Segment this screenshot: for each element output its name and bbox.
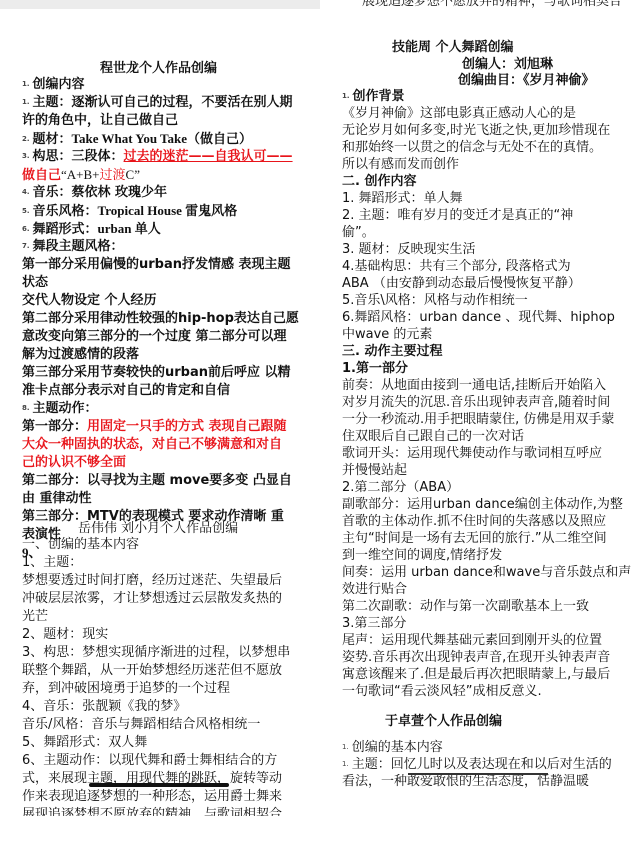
doc1-item-segment-style: 7.舞段主题风格： [22, 238, 124, 255]
doc2-line: 作来表现追逐梦想的一种形态，运用爵士舞来 [22, 788, 282, 805]
doc1-part-line: 第一部分采用偏慢的urban抒发情感 表现主题 [22, 256, 291, 273]
doc1-part-line: 准卡点部分表示对自己的肯定和自信 [22, 382, 230, 399]
doc3-process-line: 首歌的主体动作.抓不住时间的失落感以及照应 [342, 513, 606, 530]
top-gray-strip [0, 0, 320, 9]
doc2-line: 6、主题动作：以现代舞和爵士舞相结合的方 [22, 752, 277, 769]
doc3-process-line: 间奏：运用 urban dance和wave与音乐鼓点和声 [342, 564, 631, 581]
doc2-line: 3、构思：梦想实现循序渐进的过程，以梦想串 [22, 644, 290, 661]
right-page: 展现追逐梦想不愿放弃的精神，与歌词相契合 技能周 个人舞蹈创编 创编人：刘旭琳 … [320, 0, 640, 853]
doc3-process-line: 到一维空间的调度,情绪抒发 [342, 547, 502, 564]
doc3-piece: 创编曲目：《岁月神偷》 [458, 69, 595, 88]
doc3-process-line: 住双眼后自己跟自己的一次对话 [342, 428, 524, 445]
doc3-content-line: ABA （由安静到动态最后慢慢恢复平静） [342, 275, 581, 292]
doc2-line: 一、创编的基本内容 [22, 536, 139, 553]
doc3-process-line: 一句歌词“看云淡风轻”成相反意义. [342, 683, 542, 700]
doc1-part-line: 第三部分采用节奏较快的urban前后呼应 以精 [22, 364, 291, 381]
doc3-sec3: 三. 动作主要过程 [342, 343, 442, 360]
doc1-section-1: 1.创编内容 [22, 76, 85, 93]
doc3-content-line: 2. 主题：唯有岁月的变迁才是真正的“神 [342, 207, 573, 224]
doc3-content-line: 3. 题材：反映现实生活 [342, 241, 476, 258]
doc1-part-line: 交代人物设定 个人经历 [22, 292, 157, 309]
doc3-bg-line: 所以有感而发而创作 [342, 156, 459, 173]
doc3-process-line: 一分一秒流动.用手把眼睛蒙住, 仿佛是用双手蒙 [342, 411, 614, 428]
doc2-line-cutoff: 展现追逐梦想不愿放弃的精神，与歌词相契合 [22, 806, 282, 816]
top-cutoff-line: 展现追逐梦想不愿放弃的精神，与歌词相契合 [362, 0, 622, 10]
doc4-sec1: 1.创编的基本内容 [342, 739, 443, 756]
doc3-content-line: 5.音乐\风格：风格与动作相统一 [342, 292, 528, 309]
doc1-item-music: 4.音乐：蔡依林 玫瑰少年 [22, 184, 167, 201]
doc1-item-motion: 8.主题动作： [22, 400, 98, 417]
doc4-title: 于卓萱个人作品创编 [385, 710, 502, 729]
doc2-line: 光芒 [22, 608, 48, 625]
doc2-line: 1、主题： [22, 554, 82, 571]
doc1-motion-part1: 第一部分：用固定一只手的方式 表现自己跟随 [22, 418, 287, 435]
doc3-bg-line: 无论岁月如何多变,时光飞逝之快,更加珍惜现在 [342, 122, 610, 139]
doc3-process-line: 寓意该醒来了.但是最后再次把眼睛蒙上,与最后 [342, 666, 610, 683]
doc1-part-line: 意改变向第三部分的一个过度 第二部分可以理 [22, 328, 287, 345]
doc1-item-subject: 2.题材：Take What You Take（做自己） [22, 130, 252, 148]
doc1-part-line: 解为过渡感情的段落 [22, 346, 139, 363]
doc3-process-line: 效进行贴合 [342, 581, 407, 598]
doc4-item1: 1.主题：回忆儿时以及表达现在和以后对生活的 [342, 756, 612, 773]
doc1-item-theme-cont: 许的角色中，让自己做自己 [22, 112, 178, 129]
doc2-line: 弃，到冲破困境勇于追梦的一个过程 [22, 680, 230, 697]
doc4-item1-cont: 看法，一种敢爱敢恨的生活态度，恬静温暖 [342, 773, 589, 790]
doc3-bg-line: 《岁月神偷》这部电影真正感动人心的是 [342, 105, 576, 122]
doc2-line: 梦想要透过时间打磨，经历过迷茫、失望最后 [22, 572, 282, 589]
doc3-process-line: 第二次副歌：动作与第一次副歌基本上一致 [342, 598, 589, 615]
scribble-mark [408, 773, 548, 775]
doc3-content-line: 1. 舞蹈形式：单人舞 [342, 190, 463, 207]
doc3-process-line: 副歌部分：运用urban dance编创主体动作,为整 [342, 496, 623, 513]
doc1-item-dance-form: 6.舞蹈形式：urban 单人 [22, 220, 161, 238]
doc3-content-line: 中wave 的元素 [342, 326, 432, 343]
doc1-item-theme: 1.主题：逐渐认可自己的过程，不要活在别人期 [22, 94, 293, 111]
doc3-bg-line: 和那始终一以贯之的信念与无处不在的真情。 [342, 139, 602, 156]
doc3-process-line: 尾声：运用现代舞基础元素回到刚开头的位置 [342, 632, 602, 649]
doc3-process-line: 并慢慢站起 [342, 462, 407, 479]
doc3-part1: 1.第一部分 [342, 360, 408, 377]
doc2-line: 音乐/风格：音乐与舞蹈相结合风格相统一 [22, 716, 260, 733]
doc1-part-line: 第二部分采用律动性较强的hip-hop表达自己愿 [22, 310, 299, 327]
doc1-motion-part1-cont: 大众一种固执的状态，对自己不够满意和对自 [22, 436, 282, 453]
doc3-process-line: 3.第三部分 [342, 615, 406, 632]
left-page: 程世龙个人作品创编 1.创编内容 1.主题：逐渐认可自己的过程，不要活在别人期 … [0, 0, 320, 853]
doc3-process-line: 主句“时间是一场有去无回的旅行.”从二维空间 [342, 530, 607, 547]
doc3-content-line: 偷”。 [342, 224, 375, 241]
doc2-title: 岳伟伟 刘小月个人作品创编 [78, 517, 238, 536]
scribble-mark [89, 783, 229, 787]
doc3-content-line: 6.舞蹈风格：urban dance 、现代舞、hiphop [342, 309, 615, 326]
doc1-motion-part1-cont: 己的认识不够全面 [22, 454, 126, 471]
doc3-process-line: 姿势.音乐再次出现钟表声音,在现开头钟表声音 [342, 649, 610, 666]
doc1-item-music-style: 5.音乐风格：Tropical House 雷鬼风格 [22, 202, 237, 220]
doc1-motion-part2: 第二部分：以寻找为主题 move要多变 凸显自 [22, 472, 292, 489]
doc2-line: 联整个舞蹈，从一开始梦想经历迷茫但不愿放 [22, 662, 282, 679]
doc3-process-line: 2.第二部分（ABA） [342, 479, 459, 496]
doc1-item-concept-cont: 做自己“A+B+过渡C” [22, 166, 140, 184]
doc3-process-line: 前奏：从地面由接到一通电话,挂断后开始陷入 [342, 377, 606, 394]
doc3-sec2: 二. 创作内容 [342, 173, 416, 190]
doc2-line: 5、舞蹈形式：双人舞 [22, 734, 147, 751]
doc1-part-line: 状态 [22, 274, 48, 291]
doc3-process-line: 对岁月流失的沉思.音乐出现钟表声音,随着时间 [342, 394, 610, 411]
doc2-line: 4、音乐：张靓颖《我的梦》 [22, 698, 186, 715]
doc3-content-line: 4.基础构思：共有三个部分, 段落格式为 [342, 258, 571, 275]
doc3-process-line: 歌词开头：运用现代舞使动作与歌词相互呼应 [342, 445, 602, 462]
doc1-title: 程世龙个人作品创编 [100, 57, 217, 76]
doc1-motion-part2-cont: 由 重律动性 [22, 490, 92, 507]
doc3-sec1: 1.创作背景 [342, 88, 405, 105]
doc2-line: 2、题材：现实 [22, 626, 108, 643]
doc2-line: 冲破层层浓雾，才让梦想透过云层散发炙热的 [22, 590, 282, 607]
doc1-item-concept: 3.构思：三段体：过去的迷茫——自我认可—— [22, 148, 293, 165]
